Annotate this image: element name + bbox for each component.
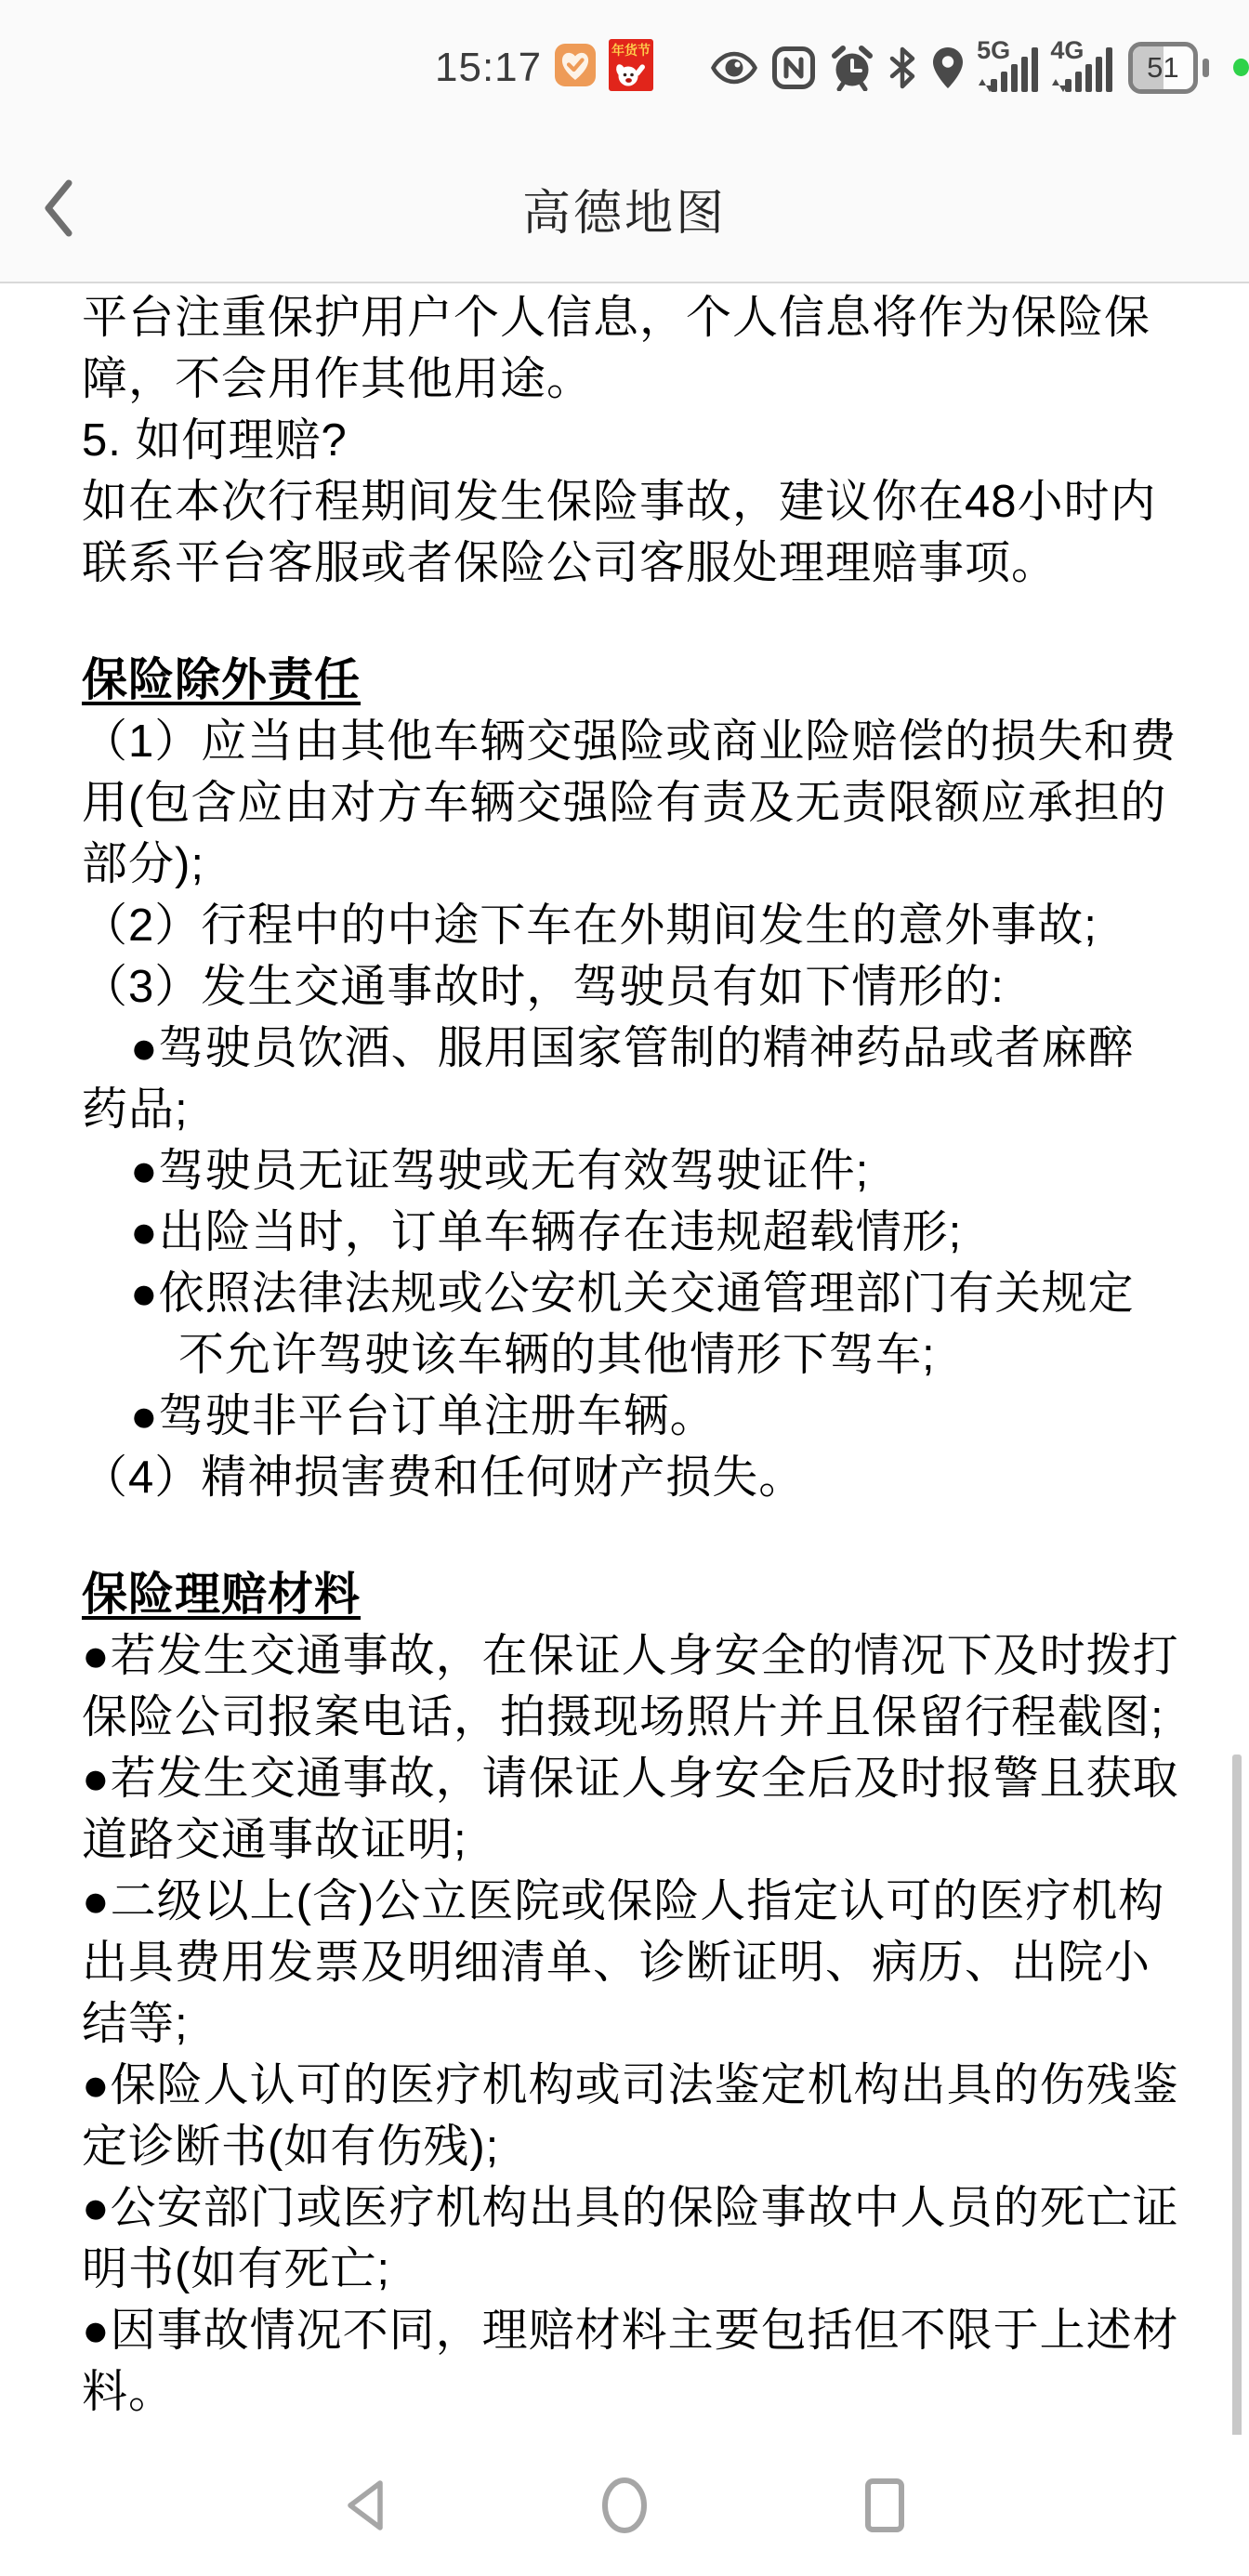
top-area: 15:17 年货节 [0,0,1249,282]
nav-home-button[interactable] [601,2477,648,2534]
paragraph: ●公安部门或医疗机构出具的保险事故中人员的死亡证明书(如有死亡; [82,2177,1180,2300]
status-bar: 15:17 年货节 [0,0,1249,135]
terms-content: 平台注重保护用户个人信息，个人信息将作为保险保障，不会用作其他用途。5. 如何理… [0,283,1249,2435]
clock-text: 15:17 [435,45,542,91]
paragraph: ●因事故情况不同，理赔材料主要包括但不限于上述材料。 [82,2300,1180,2423]
paragraph: ●若发生交通事故，在保证人身安全的情况下及时拨打保险公司报案电话，拍摄现场照片并… [82,1625,1180,1748]
paragraph: （1）应当由其他车辆交强险或商业险赔偿的损失和费用(包含应由对方车辆交强险有责及… [82,711,1180,895]
paragraph: 不允许驾驶该车辆的其他情形下驾车; [82,1324,1180,1386]
nav-recents-button[interactable] [863,2477,906,2533]
alarm-clock-icon [830,45,874,91]
section-heading: 保险除外责任 [82,650,1180,711]
navigation-bar [0,2435,1249,2576]
paragraph: （3）发生交通事故时，驾驶员有如下情形的: [82,956,1180,1018]
paragraph: ●驾驶非平台订单注册车辆。 [82,1386,1180,1447]
paragraph: ●若发生交通事故，请保证人身安全后及时报警且获取道路交通事故证明; [82,1748,1180,1871]
festival-badge-label: 年货节 [611,43,651,58]
signal-4g-icon: 4G [1050,38,1112,98]
screen: 15:17 年货节 [0,0,1249,2576]
nfc-icon [772,46,815,89]
paragraph: ●驾驶员无证驾驶或无有效驾驶证件; [82,1140,1180,1202]
app-header: 高德地图 [0,135,1249,282]
paragraph: 平台注重保护用户个人信息，个人信息将作为保险保障，不会用作其他用途。 [82,287,1180,410]
paragraph: ●保险人认可的医疗机构或司法鉴定机构出具的伤残鉴定诊断书(如有伤残); [82,2055,1180,2177]
paragraph: ●二级以上(含)公立医院或保险人指定认可的医疗机构出具费用发票及明细清单、诊断证… [82,1871,1180,2055]
paragraph: 如在本次行程期间发生保险事故，建议你在48小时内联系平台客服或者保险公司客服处理… [82,471,1180,594]
battery-icon: 51 [1128,42,1198,94]
health-heart-badge-icon [554,42,597,93]
location-icon [930,46,966,90]
paragraph: 5. 如何理赔? [82,410,1180,471]
battery-percent: 51 [1147,51,1178,85]
paragraph: ●驾驶员饮酒、服用国家管制的精神药品或者麻醉药品; [82,1018,1180,1140]
back-button[interactable] [41,179,74,237]
paragraph: （2）行程中的中途下车在外期间发生的意外事故; [82,895,1180,956]
scrollbar-thumb[interactable] [1232,1755,1242,2440]
bluetooth-icon [889,46,915,89]
paragraph: ●依照法律法规或公安机关交通管理部门有关规定 [82,1263,1180,1324]
paragraph: ●出险当时，订单车辆存在违规超载情形; [82,1202,1180,1263]
signal-5g-icon: 5G [977,38,1039,98]
page-title: 高德地图 [522,174,727,243]
eye-protection-icon [711,51,757,85]
section-heading: 保险理赔材料 [82,1564,1180,1625]
battery-cap [1203,59,1209,77]
status-dot-icon [1233,59,1249,76]
jd-festival-badge-icon: 年货节 [609,39,653,96]
nav-back-button[interactable] [343,2477,386,2533]
paragraph: （4）精神损害费和任何财产损失。 [82,1447,1180,1508]
